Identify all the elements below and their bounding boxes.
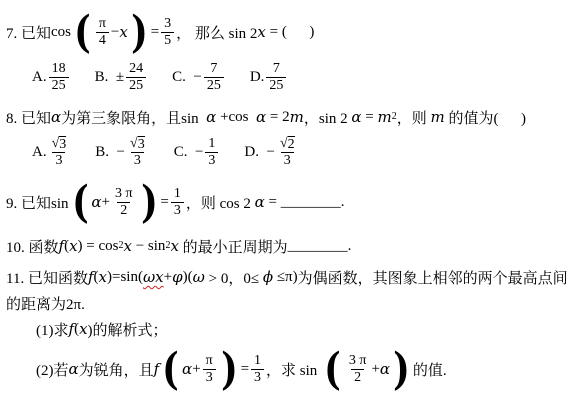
p11-part1-text: )的解析式； <box>88 319 168 340</box>
right-paren: ) <box>131 16 148 49</box>
p11-omega-x-spellcheck: ωx <box>143 268 164 286</box>
fraction-pi-4: π4 <box>96 16 109 47</box>
left-paren: ( <box>324 353 341 386</box>
p11-plus: + <box>371 361 379 378</box>
p7-tail-x: x <box>257 23 265 41</box>
p9-tail: ，则 cos 2 <box>186 192 255 213</box>
p10-text: − sin <box>132 238 165 255</box>
option-7b: B. ±2425 <box>95 61 149 92</box>
p11-phi: ϕ <box>263 268 273 286</box>
right-paren: ) <box>221 353 238 386</box>
p8-alpha: α <box>51 108 61 126</box>
p7-answer-paren: = ( ) <box>266 24 314 41</box>
p8-alpha: α <box>206 108 216 126</box>
left-paren: ( <box>72 186 89 219</box>
p8-text: ，则 <box>397 107 431 128</box>
p8-alpha: α <box>351 108 361 126</box>
p9-plus: + <box>101 194 109 211</box>
p11-plus: + <box>192 361 200 378</box>
p11-omega: ω <box>193 268 205 286</box>
fraction-3pi-2: 3 π2 <box>346 353 370 384</box>
option-8c: C. −13 <box>174 136 221 167</box>
p11-var-x: x <box>79 320 87 338</box>
fraction-24-25: 2425 <box>126 61 146 92</box>
p7-lead: 7. 已知 <box>6 22 51 43</box>
p11-part2-text: ，求 sin <box>266 359 321 380</box>
p11-text: sin( <box>120 269 143 286</box>
p11-text: 11. 已知函数 <box>6 267 88 288</box>
sqrt-radical: √2 <box>280 136 295 152</box>
p10-var-x: x <box>170 237 178 255</box>
p11-part2-text: 为锐角，且 <box>79 359 154 380</box>
p8-alpha: α <box>256 108 266 126</box>
p10-period: . <box>348 238 352 255</box>
p9-period: . <box>341 194 345 211</box>
fraction-1-3: 13 <box>171 186 184 217</box>
p11-text: > 0，0≤ <box>205 267 263 288</box>
problem-11-part1: (1)求f(x)的解析式； <box>36 316 577 342</box>
right-paren: ) <box>141 186 158 219</box>
p8-var-m: m <box>431 108 445 126</box>
p8-var-m: m <box>378 108 392 126</box>
p7-cos: cos <box>51 24 71 41</box>
p11-var-f: f <box>154 360 160 378</box>
p11-part1-text: (1)求 <box>36 319 69 340</box>
problem-11-stem-line1: 11. 已知函数f(x)=sin(ωx+φ)(ω > 0，0≤ ϕ ≤π)为偶函… <box>6 264 577 290</box>
p10-var-x: x <box>124 237 132 255</box>
fraction-sqrt2-3: √23 <box>277 136 298 168</box>
option-8b: B. −√33 <box>95 136 149 168</box>
fraction-7-25: 725 <box>204 61 224 92</box>
p11-equals: = <box>241 361 249 378</box>
p7-var-x: x <box>119 23 127 41</box>
p10-var-x: x <box>69 237 77 255</box>
sqrt-radical: √3 <box>130 136 145 152</box>
p11-alpha: α <box>182 360 192 378</box>
p8-text: 8. 已知 <box>6 107 51 128</box>
p9-alpha: α <box>91 193 101 211</box>
p11-alpha: α <box>69 360 79 378</box>
p11-phi: φ <box>172 268 183 286</box>
p11-equals: = <box>112 269 120 286</box>
p11-text: ≤π) <box>273 269 298 286</box>
p11-part2-text: 的值. <box>413 359 447 380</box>
p7-tail: ， 那么 sin 2 <box>176 22 257 43</box>
fraction-18-25: 1825 <box>49 61 69 92</box>
p8-var-m: m <box>290 108 304 126</box>
p11-text: )( <box>183 269 193 286</box>
p8-text: ，sin 2 <box>304 107 352 128</box>
option-7c: C. −725 <box>172 61 226 92</box>
fraction-7-25: 725 <box>266 61 286 92</box>
p11-text: + <box>164 269 172 286</box>
option-7a: A.1825 <box>32 61 71 92</box>
fraction-sqrt3-3: √33 <box>49 136 70 168</box>
problem-8-stem: 8. 已知α为第三象限角，且sin α +cos α = 2m，sin 2 α … <box>6 102 577 132</box>
p7-minus: − <box>111 24 119 41</box>
left-paren: ( <box>74 16 91 49</box>
p8-answer-paren: 的值为( ) <box>445 107 526 128</box>
p11-alpha: α <box>380 360 390 378</box>
fraction-3pi-2: 3 π2 <box>112 186 136 217</box>
answer-blank: ________ <box>288 238 348 255</box>
p10-text: 10. 函数 <box>6 236 59 257</box>
option-8a: A.√33 <box>32 136 71 168</box>
left-paren: ( <box>162 353 179 386</box>
p10-text: 的最小正周期为 <box>179 236 288 257</box>
p8-text: 为第三象限角，且sin <box>61 107 206 128</box>
right-paren: ) <box>393 353 410 386</box>
p10-text: ) = cos <box>78 238 119 255</box>
p9-tail: = <box>265 194 281 211</box>
problem-11-part2: (2)若α为锐角，且f(α+π3)=13，求 sin (3 π2+α)的值. <box>36 342 577 396</box>
p9-lead: 9. 已知sin <box>6 192 69 213</box>
problem-7-stem: 7. 已知cos(π4−x)=35， 那么 sin 2x = ( ) <box>6 6 577 58</box>
problem-8-options: A.√33 B. −√33 C. −13 D. −√23 <box>32 132 577 172</box>
fraction-pi-3: π3 <box>203 353 216 384</box>
p11-var-x: x <box>99 268 107 286</box>
fraction-3-5: 35 <box>161 16 174 47</box>
option-8d: D. −√23 <box>244 136 299 168</box>
p11-text: 的距离为2π. <box>6 293 85 314</box>
fraction-1-3: 13 <box>205 136 218 167</box>
p9-alpha: α <box>255 193 265 211</box>
p8-text: = 2 <box>266 109 289 126</box>
p8-text: +cos <box>216 109 256 126</box>
problem-10-stem: 10. 函数f(x) = cos2x − sin2x 的最小正周期为______… <box>6 232 577 260</box>
p9-equals: = <box>160 194 168 211</box>
problem-11-stem-line2: 的距离为2π. <box>6 290 577 316</box>
p11-part2-text: (2)若 <box>36 359 69 380</box>
problem-9-stem: 9. 已知sin(α+3 π2)=13，则 cos 2 α = ________… <box>6 174 577 230</box>
p7-equals: = <box>151 24 159 41</box>
fraction-1-3: 13 <box>251 353 264 384</box>
sqrt-radical: √3 <box>52 136 67 152</box>
fraction-sqrt3-3: √33 <box>127 136 148 168</box>
p8-text: = <box>362 109 378 126</box>
p11-text: 为偶函数，其图象上相邻的两个最高点间 <box>298 267 568 288</box>
option-7d: D.725 <box>250 61 289 92</box>
answer-blank: ________ <box>281 194 341 211</box>
document-page: 7. 已知cos(π4−x)=35， 那么 sin 2x = ( ) A.182… <box>0 0 577 396</box>
problem-7-options: A.1825 B. ±2425 C. −725 D.725 <box>32 58 577 96</box>
